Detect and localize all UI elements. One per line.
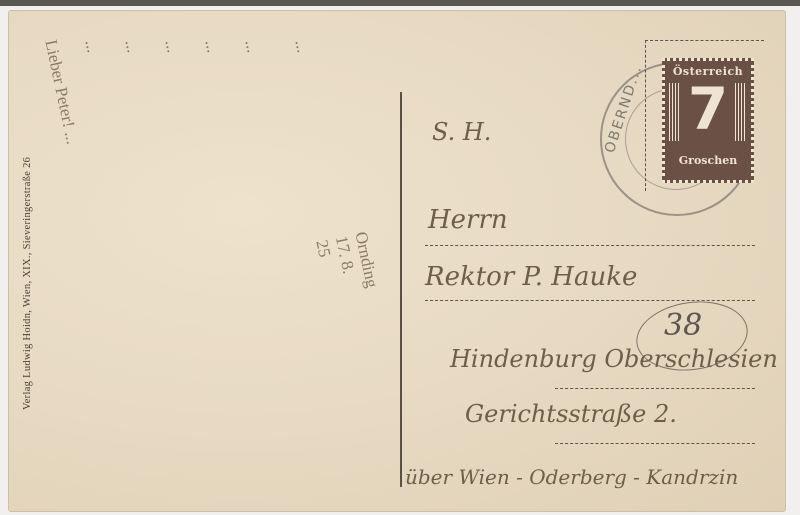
- handwritten-message: Lieber Peter! ... ... ... ... ... ... ..…: [40, 30, 400, 490]
- address-line-4: Gerichtsstraße 2.: [465, 400, 677, 428]
- publisher-imprint: Verlag Ludwig Hoidn, Wien, XIX., Sieveri…: [22, 157, 33, 410]
- address-line-3: Hindenburg Oberschlesien: [450, 345, 778, 373]
- address-line-5: über Wien - Oderberg - Kandrzin: [405, 465, 738, 489]
- stamp-stripes-left: [669, 83, 681, 141]
- message-line: Lieber Peter! ...: [40, 38, 82, 146]
- message-line: ...: [240, 38, 262, 55]
- scan-border: [0, 0, 800, 6]
- postage-stamp: Österreich 7 Groschen: [662, 58, 754, 183]
- address-rule-3: [555, 388, 755, 389]
- center-divider: [400, 92, 402, 487]
- message-line: ...: [80, 38, 102, 55]
- message-line: ...: [290, 38, 312, 55]
- address-salutation: S. H.: [432, 118, 491, 146]
- address-rule-1: [425, 245, 755, 246]
- message-line: ...: [120, 38, 142, 55]
- message-line: ...: [160, 38, 182, 55]
- stamp-unit: Groschen: [665, 154, 751, 167]
- message-date: Ornding 17. 8. 25: [311, 230, 381, 298]
- address-line-2: Rektor P. Hauke: [425, 262, 637, 292]
- message-line: ...: [200, 38, 222, 55]
- address-rule-4: [555, 443, 755, 444]
- pencil-number: 38: [664, 308, 702, 343]
- address-line-1: Herrn: [428, 205, 508, 235]
- stamp-stripes-right: [735, 83, 747, 141]
